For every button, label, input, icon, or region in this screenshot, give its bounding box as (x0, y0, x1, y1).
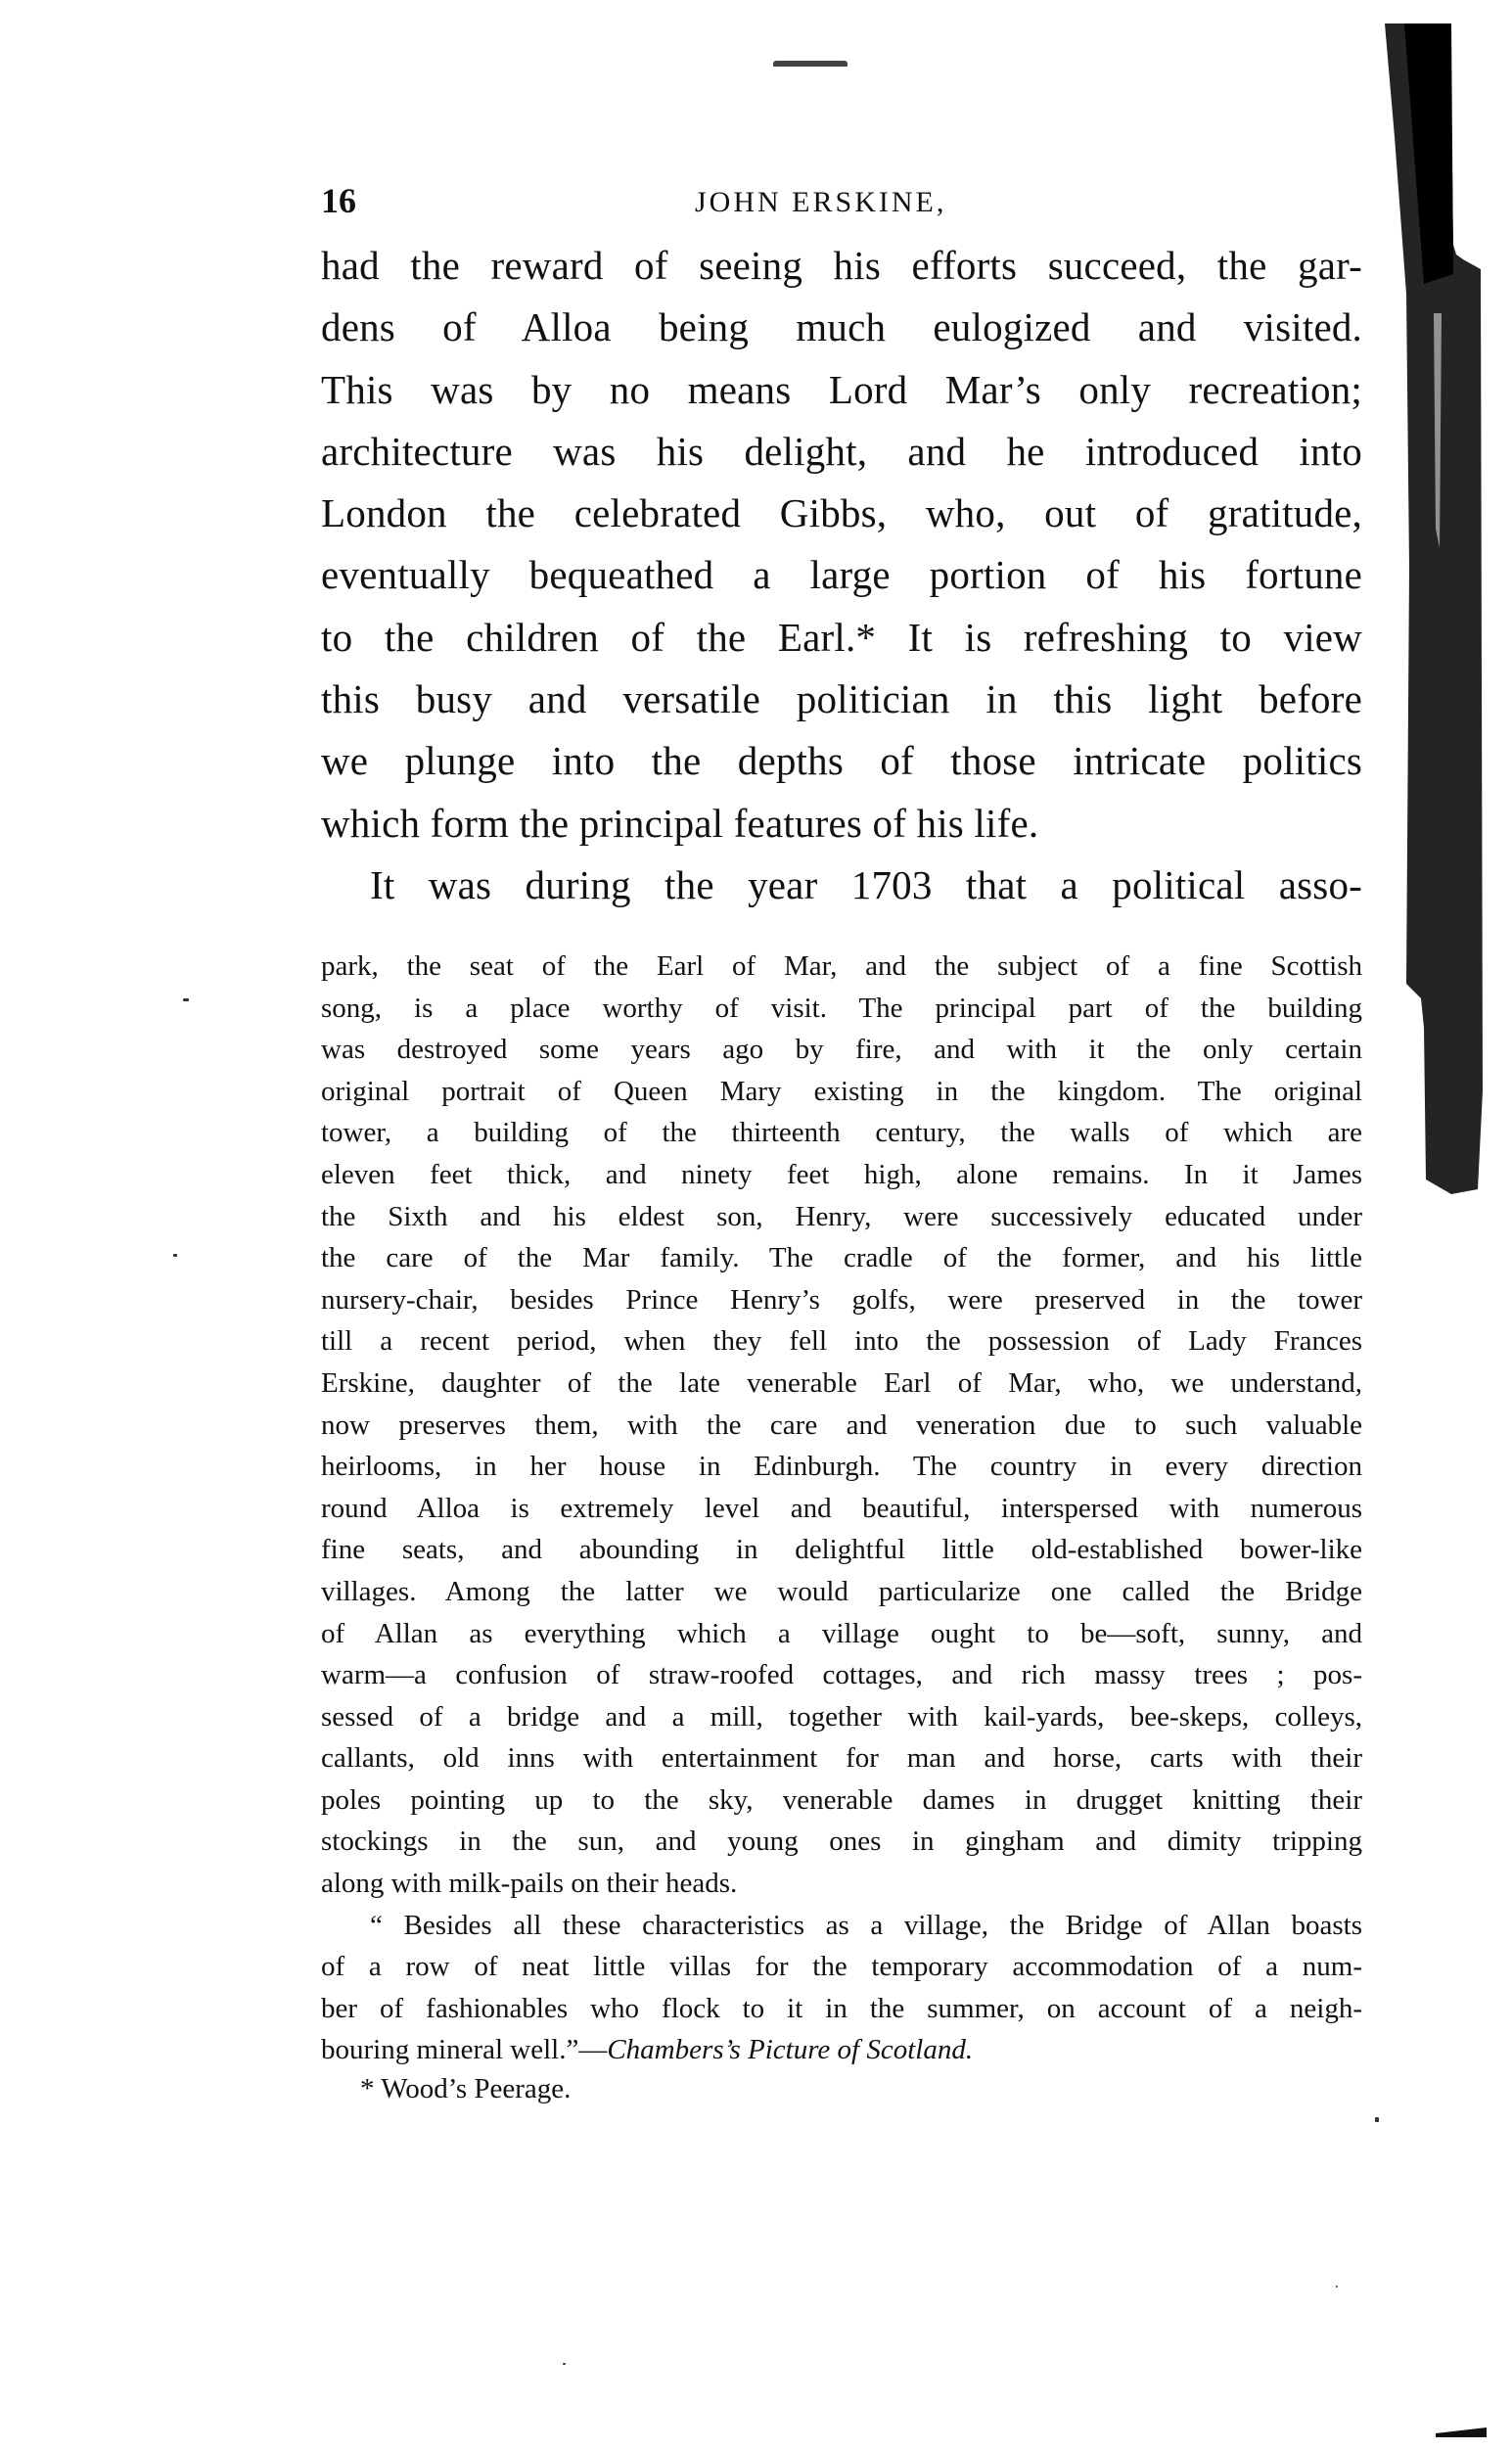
quote-text: bouring mineral well.”— (321, 2034, 607, 2065)
book-page: 16 JOHN ERSKINE, had the reward of seein… (0, 0, 1512, 2450)
footnote-line: original portrait of Queen Mary existing… (321, 1071, 1362, 1113)
footnote-line: was destroyed some years ago by fire, an… (321, 1029, 1362, 1071)
footnote-line: park, the seat of the Earl of Mar, and t… (321, 946, 1362, 988)
binding-shadow (1365, 20, 1512, 2447)
footnote-line: fine seats, and abounding in delightful … (321, 1529, 1362, 1571)
footnote-line: villages. Among the latter we would part… (321, 1571, 1362, 1613)
text-line: This was by no means Lord Mar’s only rec… (321, 359, 1362, 421)
footnote-line: poles pointing up to the sky, venerable … (321, 1780, 1362, 1822)
footnote-line: heirlooms, in her house in Edinburgh. Th… (321, 1446, 1362, 1488)
text-line: this busy and versatile politician in th… (321, 669, 1362, 730)
footnote-line: the care of the Mar family. The cradle o… (321, 1237, 1362, 1279)
footnote-line: song, is a place worthy of visit. The pr… (321, 988, 1362, 1030)
margin-speck (173, 1254, 177, 1257)
footnote-line: warm—a confusion of straw-roofed cottage… (321, 1654, 1362, 1696)
footnote-line: till a recent period, when they fell int… (321, 1320, 1362, 1363)
text-line: we plunge into the depths of those intri… (321, 730, 1362, 792)
margin-speck (1375, 2117, 1379, 2122)
footnote-line: nursery-chair, besides Prince Henry’s go… (321, 1279, 1362, 1321)
margin-speck (1336, 2286, 1338, 2288)
quote-last-line: bouring mineral well.”—Chambers’s Pictur… (321, 2029, 1362, 2071)
margin-speck (183, 998, 189, 1001)
footnote-line: tower, a building of the thirteenth cent… (321, 1112, 1362, 1154)
footnote-block: park, the seat of the Earl of Mar, and t… (321, 946, 1362, 2071)
citation: Chambers’s Picture of Scotland. (607, 2034, 973, 2065)
main-text: had the reward of seeing his efforts suc… (321, 235, 1362, 916)
text-line: to the children of the Earl.* It is refr… (321, 607, 1362, 669)
quote-line: ber of fashionables who flock to it in t… (321, 1988, 1362, 2030)
footnote-line: stockings in the sun, and young ones in … (321, 1821, 1362, 1863)
footnote-line: sessed of a bridge and a mill, together … (321, 1696, 1362, 1738)
text-line: dens of Alloa being much eulogized and v… (321, 297, 1362, 358)
quote-line: of a row of neat little villas for the t… (321, 1946, 1362, 1988)
text-line: had the reward of seeing his efforts suc… (321, 235, 1362, 297)
running-title: JOHN ERSKINE, (695, 186, 946, 219)
footnote-line: now preserves them, with the care and ve… (321, 1405, 1362, 1447)
printer-mark (773, 61, 848, 67)
footnote-line: callants, old inns with entertainment fo… (321, 1737, 1362, 1780)
footnote-line: Erskine, daughter of the late venerable … (321, 1363, 1362, 1405)
quote-line: “ Besides all these characteristics as a… (321, 1905, 1362, 1947)
footnote-line: round Alloa is extremely level and beaut… (321, 1488, 1362, 1530)
asterisk-footnote: * Wood’s Peerage. (360, 2073, 571, 2105)
footnote-line: the Sixth and his eldest son, Henry, wer… (321, 1196, 1362, 1238)
running-head: 16 JOHN ERSKINE, (321, 174, 1362, 223)
margin-speck (563, 2363, 566, 2365)
footnote-line: of Allan as everything which a village o… (321, 1613, 1362, 1655)
text-line: eventually bequeathed a large portion of… (321, 544, 1362, 606)
text-line: which form the principal features of his… (321, 793, 1362, 855)
text-line: London the celebrated Gibbs, who, out of… (321, 483, 1362, 544)
text-line: architecture was his delight, and he int… (321, 421, 1362, 483)
text-line-paragraph-start: It was during the year 1703 that a polit… (321, 855, 1362, 916)
footnote-line: along with milk-pails on their heads. (321, 1863, 1362, 1905)
page-number: 16 (321, 180, 356, 221)
footnote-line: eleven feet thick, and ninety feet high,… (321, 1154, 1362, 1196)
